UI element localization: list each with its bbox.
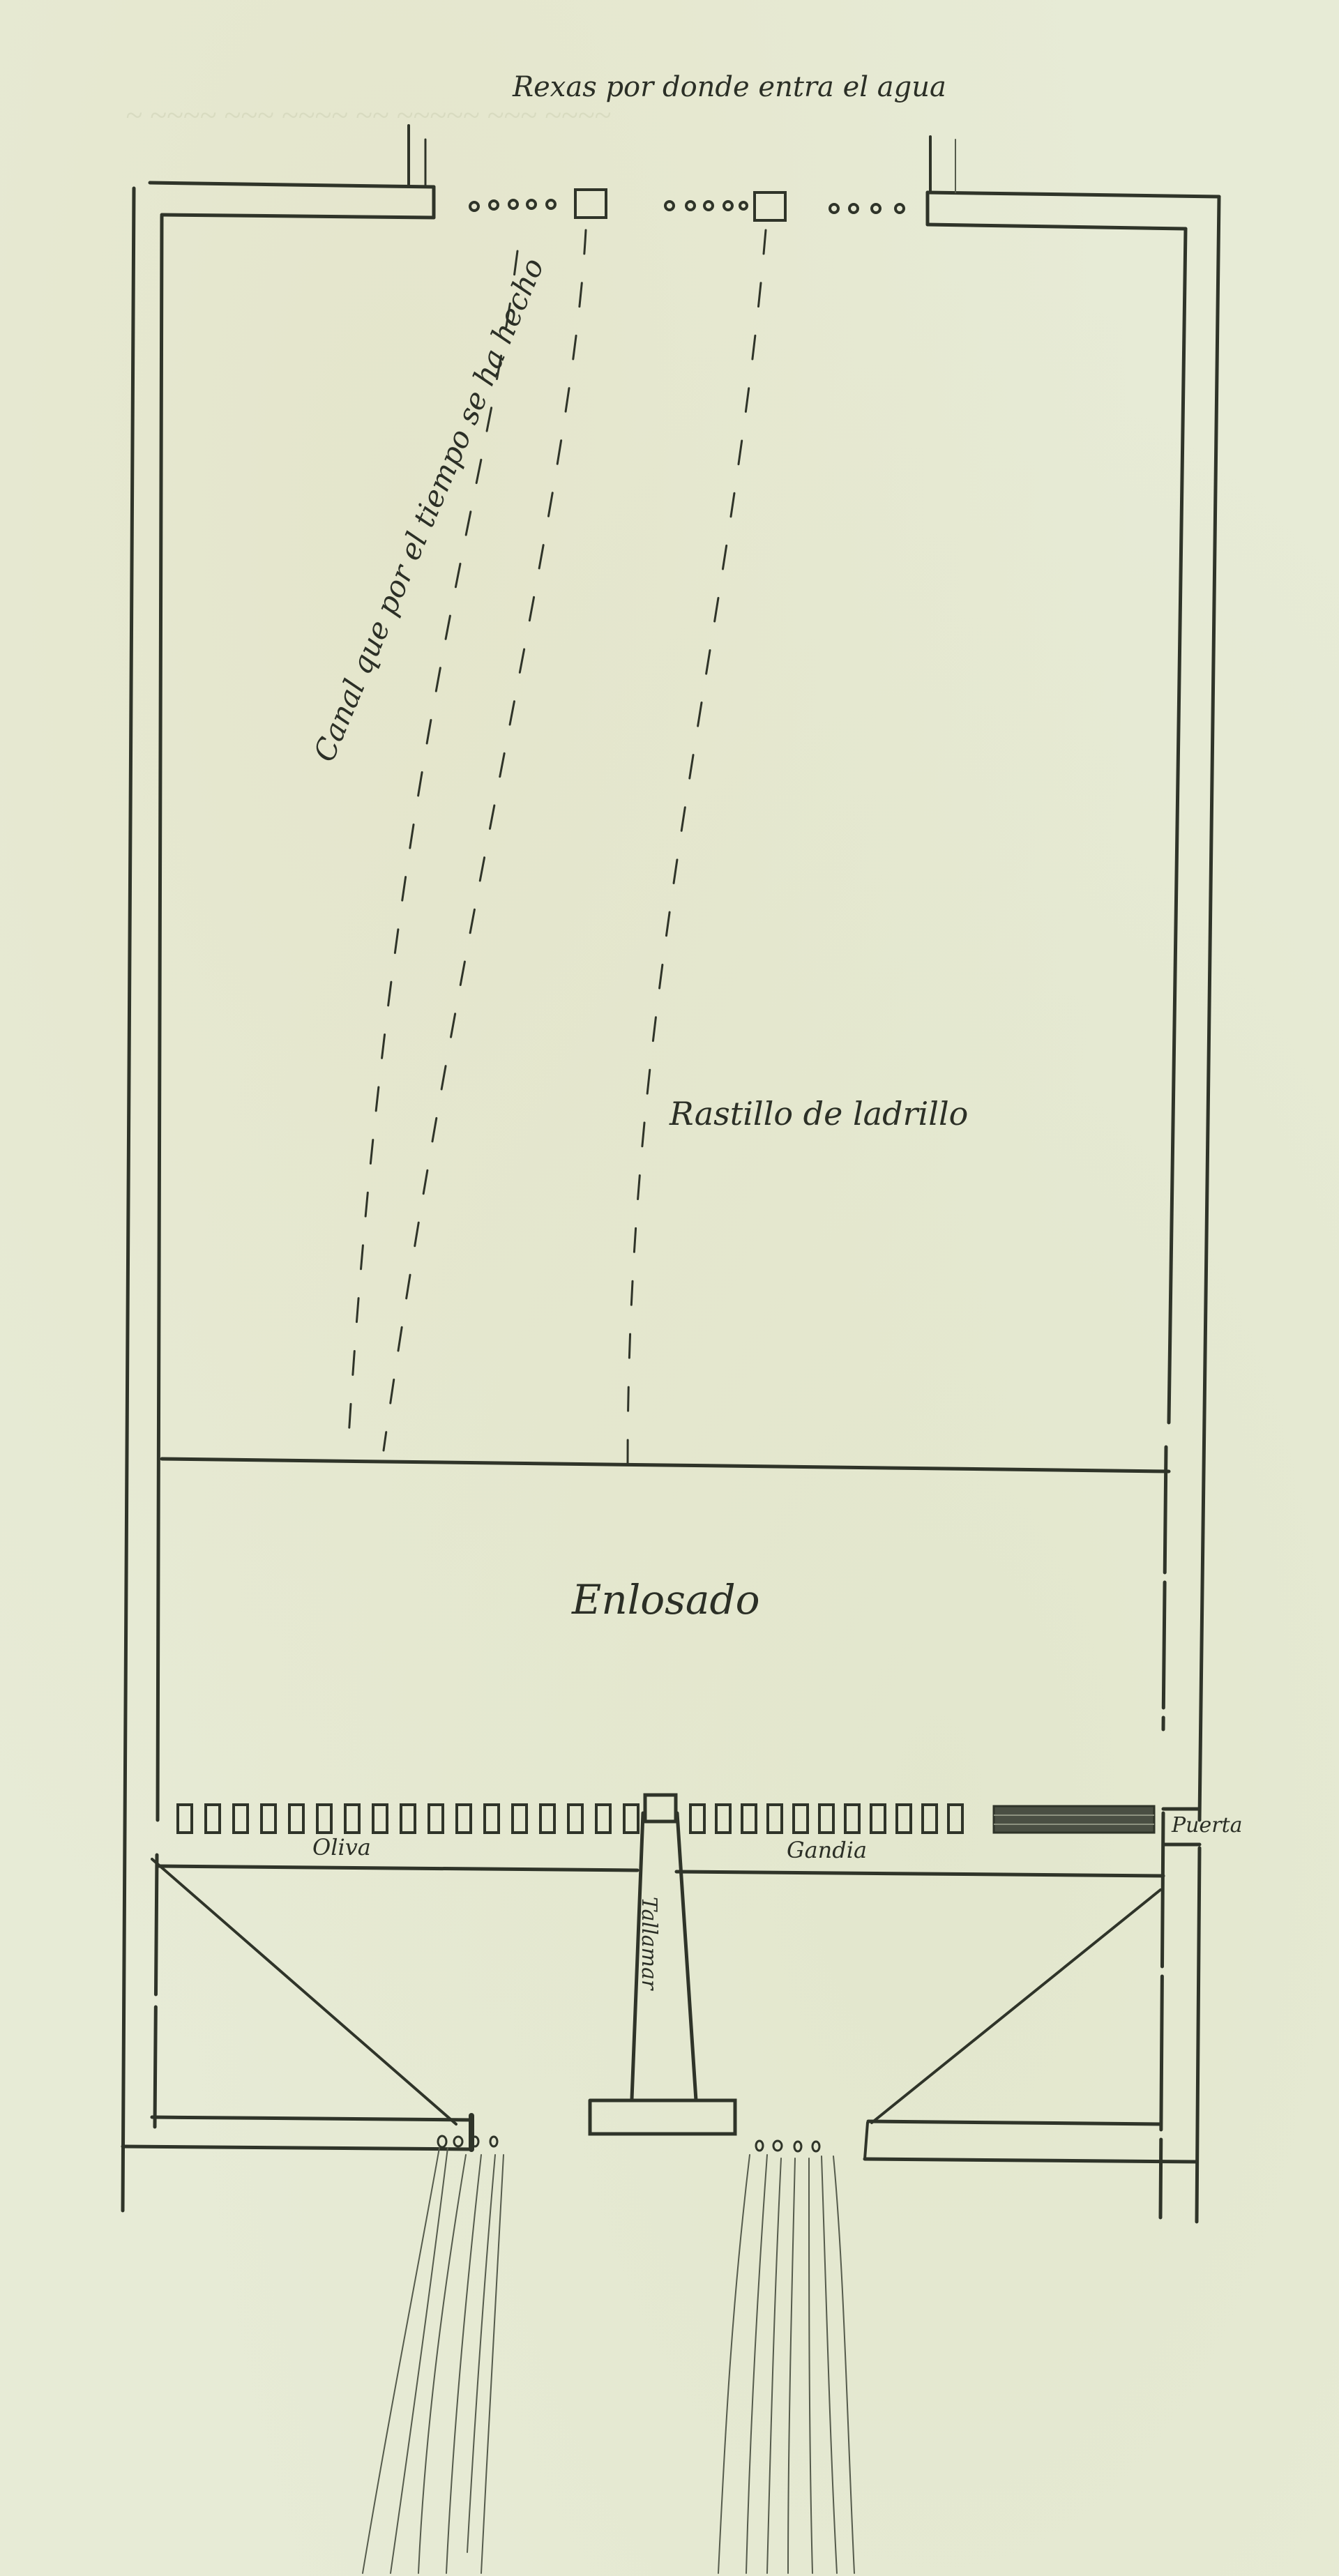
grate-bars-row	[178, 1805, 962, 1833]
canal-dashed-lines	[349, 230, 766, 1464]
label-brick-rake: Rastillo de ladrillo	[669, 1095, 968, 1132]
bottom-walls	[123, 2116, 1197, 2162]
plan-drawing	[0, 0, 1339, 2576]
outlet-holes	[438, 2136, 819, 2151]
water-stream-left	[363, 2148, 504, 2573]
water-stream-right	[718, 2155, 854, 2573]
document-sheet: ~ ~~~~ ~~~ ~~~~ ~~ ~~~~~ ~~~ ~~~~	[0, 0, 1339, 2576]
label-intake-grates: Rexas por donde entra el agua	[513, 71, 946, 103]
rastillo-divider	[162, 1459, 1169, 1471]
hatched-grate-block	[994, 1806, 1154, 1833]
label-left-channel: Oliva	[312, 1834, 371, 1861]
intake-openings	[470, 190, 904, 220]
channel-line	[159, 1866, 1163, 1876]
label-cutwater: Tallamar	[637, 1897, 661, 1990]
label-door: Puerta	[1172, 1813, 1243, 1838]
outer-walls	[123, 126, 1219, 2222]
tallamar-shape	[590, 1795, 735, 2134]
label-paved-area: Enlosado	[572, 1576, 760, 1623]
label-right-channel: Gandia	[787, 1837, 867, 1863]
